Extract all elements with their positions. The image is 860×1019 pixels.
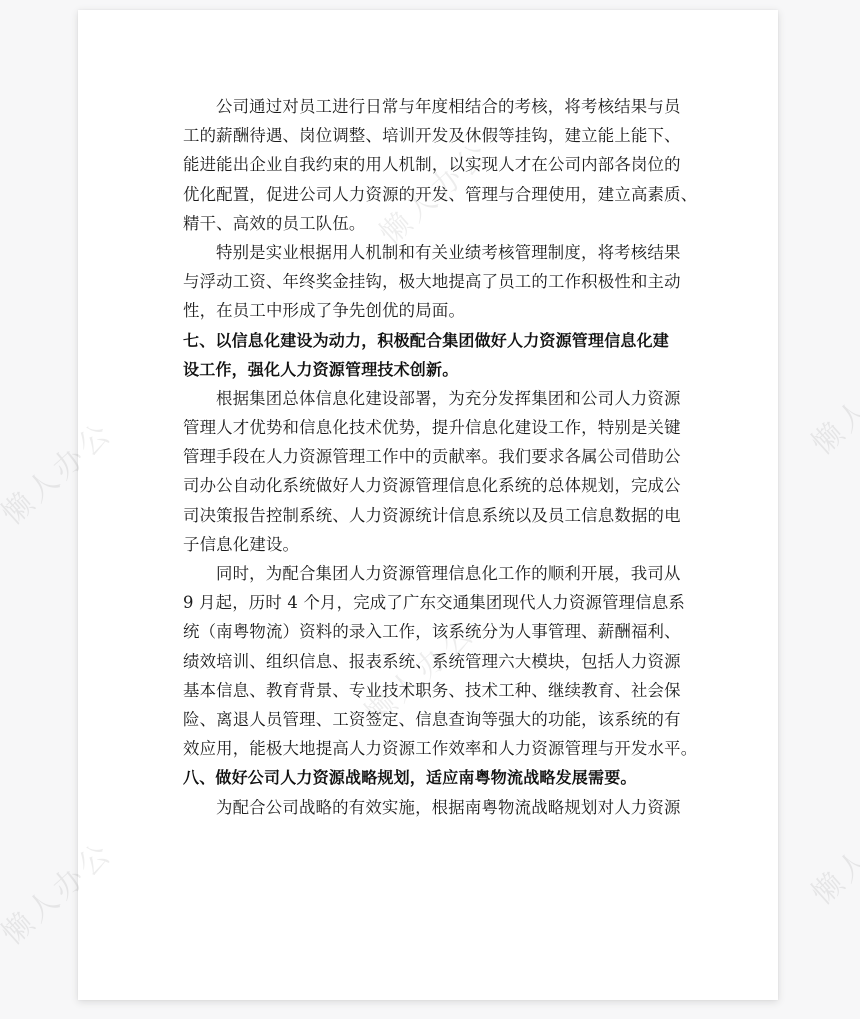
watermark: 懒人办公 [800,339,860,463]
text-line: 同时，为配合集团人力资源管理信息化工作的顺利开展，我司从 [183,559,673,588]
text-line: 特别是实业根据用人机制和有关业绩考核管理制度，将考核结果 [183,238,673,267]
text-line: 9 月起，历时 4 个月，完成了广东交通集团现代人力资源管理信息系 [183,588,673,617]
text-line: 公司通过对员工进行日常与年度相结合的考核，将考核结果与员 [183,92,673,121]
text-line: 统（南粤物流）资料的录入工作，该系统分为人事管理、薪酬福利、 [183,617,673,646]
heading-line: 八、做好公司人力资源战略规划，适应南粤物流战略发展需要。 [183,763,673,792]
section-heading: 八、做好公司人力资源战略规划，适应南粤物流战略发展需要。 [183,763,673,792]
watermark: 懒人办公 [800,789,860,913]
text-line: 管理手段在人力资源管理工作中的贡献率。我们要求各属公司借助公 [183,442,673,471]
text-line: 为配合公司战略的有效实施，根据南粤物流战略规划对人力资源 [183,793,673,822]
document-body: 公司通过对员工进行日常与年度相结合的考核，将考核结果与员 工的薪酬待遇、岗位调整… [183,92,673,822]
text-line: 精干、高效的员工队伍。 [183,209,673,238]
document-page: 懒人办公 懒人办公 公司通过对员工进行日常与年度相结合的考核，将考核结果与员 工… [78,10,778,1000]
text-line: 险、离退人员管理、工资签定、信息查询等强大的功能，该系统的有 [183,705,673,734]
text-line: 管理人才优势和信息化技术优势，提升信息化建设工作，特别是关键 [183,413,673,442]
text-line: 基本信息、教育背景、专业技术职务、技术工种、继续教育、社会保 [183,676,673,705]
text-line: 效应用，能极大地提高人力资源工作效率和人力资源管理与开发水平。 [183,734,673,763]
paragraph: 为配合公司战略的有效实施，根据南粤物流战略规划对人力资源 [183,793,673,822]
text-line: 优化配置，促进公司人力资源的开发、管理与合理使用，建立高素质、 [183,180,673,209]
text-line: 性，在员工中形成了争先创优的局面。 [183,296,673,325]
heading-line: 设工作，强化人力资源管理技术创新。 [183,355,673,384]
text-line: 根据集团总体信息化建设部署，为充分发挥集团和公司人力资源 [183,384,673,413]
text-line: 绩效培训、组织信息、报表系统、系统管理六大模块，包括人力资源 [183,647,673,676]
paragraph: 公司通过对员工进行日常与年度相结合的考核，将考核结果与员 工的薪酬待遇、岗位调整… [183,92,673,238]
text-line: 能进能出企业自我约束的用人机制，以实现人才在公司内部各岗位的 [183,150,673,179]
heading-line: 七、以信息化建设为动力，积极配合集团做好人力资源管理信息化建 [183,326,673,355]
text-line: 司办公自动化系统做好人力资源管理信息化系统的总体规划，完成公 [183,471,673,500]
text-line: 司决策报告控制系统、人力资源统计信息系统以及员工信息数据的电 [183,501,673,530]
paragraph: 根据集团总体信息化建设部署，为充分发挥集团和公司人力资源 管理人才优势和信息化技… [183,384,673,559]
text-line: 子信息化建设。 [183,530,673,559]
paragraph: 特别是实业根据用人机制和有关业绩考核管理制度，将考核结果 与浮动工资、年终奖金挂… [183,238,673,326]
section-heading: 七、以信息化建设为动力，积极配合集团做好人力资源管理信息化建 设工作，强化人力资… [183,326,673,384]
text-line: 工的薪酬待遇、岗位调整、培训开发及休假等挂钩，建立能上能下、 [183,121,673,150]
text-line: 与浮动工资、年终奖金挂钩，极大地提高了员工的工作积极性和主动 [183,267,673,296]
paragraph: 同时，为配合集团人力资源管理信息化工作的顺利开展，我司从 9 月起，历时 4 个… [183,559,673,763]
